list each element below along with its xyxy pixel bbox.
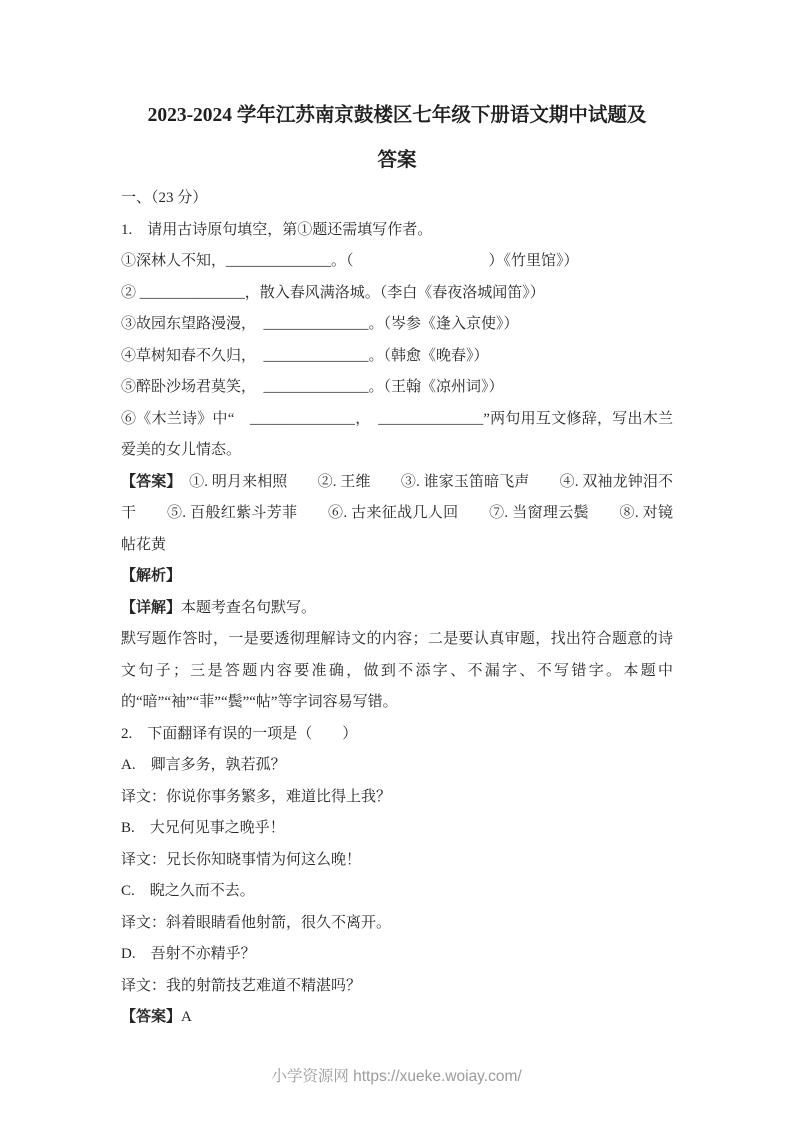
q1-answer-text: ①. 明月来相照 ②. 王维 ③. 谁家玉笛暗飞声 ④. 双袖龙钟泪不干 ⑤. …: [121, 474, 673, 553]
title-line-2: 答案: [121, 138, 673, 183]
q1-stem: 1. 请用古诗原句填空，第①题还需填写作者。: [121, 215, 673, 247]
watermark-footer: 小学资源网 https://xueke.woiay.com/: [0, 1066, 793, 1088]
q2-answer-label: 【答案】: [121, 1009, 181, 1025]
exam-document-page: 2023-2024 学年江苏南京鼓楼区七年级下册语文期中试题及 答案 一、（23…: [0, 0, 793, 1122]
q1-detail-label: 【详解】: [121, 600, 181, 616]
q2-option-a: A. 卿言多务，孰若孤？: [121, 750, 673, 782]
q2-option-d-translation: 译文：我的射箭技艺难道不精湛吗？: [121, 971, 673, 1003]
q1-answer: 【答案】 ①. 明月来相照 ②. 王维 ③. 谁家玉笛暗飞声 ④. 双袖龙钟泪不…: [121, 467, 673, 562]
q1-explanation: 默写题作答时，一是要透彻理解诗文的内容；二是要认真审题，找出符合题意的诗文句子；…: [121, 624, 673, 719]
q1-answer-label: 【答案】: [121, 474, 174, 490]
document-title: 2023-2024 学年江苏南京鼓楼区七年级下册语文期中试题及 答案: [121, 93, 673, 183]
q1-item-5: ⑤醉卧沙场君莫笑， ______________。（王翰《凉州词》）: [121, 372, 673, 404]
q2-option-c: C. 睨之久而不去。: [121, 876, 673, 908]
q2-option-c-translation: 译文：斜着眼睛看他射箭，很久不离开。: [121, 908, 673, 940]
q2-option-b: B. 大兄何见事之晚乎！: [121, 813, 673, 845]
q1-analysis-heading: 【解析】: [121, 561, 673, 593]
q2-stem: 2. 下面翻译有误的一项是（ ）: [121, 719, 673, 751]
q1-item-4: ④草树知春不久归， ______________。（韩愈《晚春》）: [121, 341, 673, 373]
q2-option-b-translation: 译文：兄长你知晓事情为何这么晚！: [121, 845, 673, 877]
title-line-1: 2023-2024 学年江苏南京鼓楼区七年级下册语文期中试题及: [121, 93, 673, 138]
section-heading: 一、（23 分）: [121, 183, 673, 215]
q1-item-3: ③故园东望路漫漫， ______________。（岑参《逢入京使》）: [121, 309, 673, 341]
q2-option-d: D. 吾射不亦精乎？: [121, 939, 673, 971]
q2-option-a-translation: 译文：你说你事务繁多，难道比得上我？: [121, 782, 673, 814]
q1-detail-text: 本题考查名句默写。: [181, 600, 316, 616]
q2-answer: 【答案】A: [121, 1002, 673, 1034]
q1-analysis-label: 【解析】: [121, 568, 181, 584]
q1-detail: 【详解】本题考查名句默写。: [121, 593, 673, 625]
q2-answer-text: A: [181, 1009, 192, 1025]
q1-item-2: ② ______________，散入春风满洛城。（李白《春夜洛城闻笛》）: [121, 278, 673, 310]
q1-item-1: ①深林人不知，______________。（ ）《竹里馆》）: [121, 246, 673, 278]
q1-item-6: ⑥《木兰诗》中“ ______________， ______________”…: [121, 404, 673, 467]
